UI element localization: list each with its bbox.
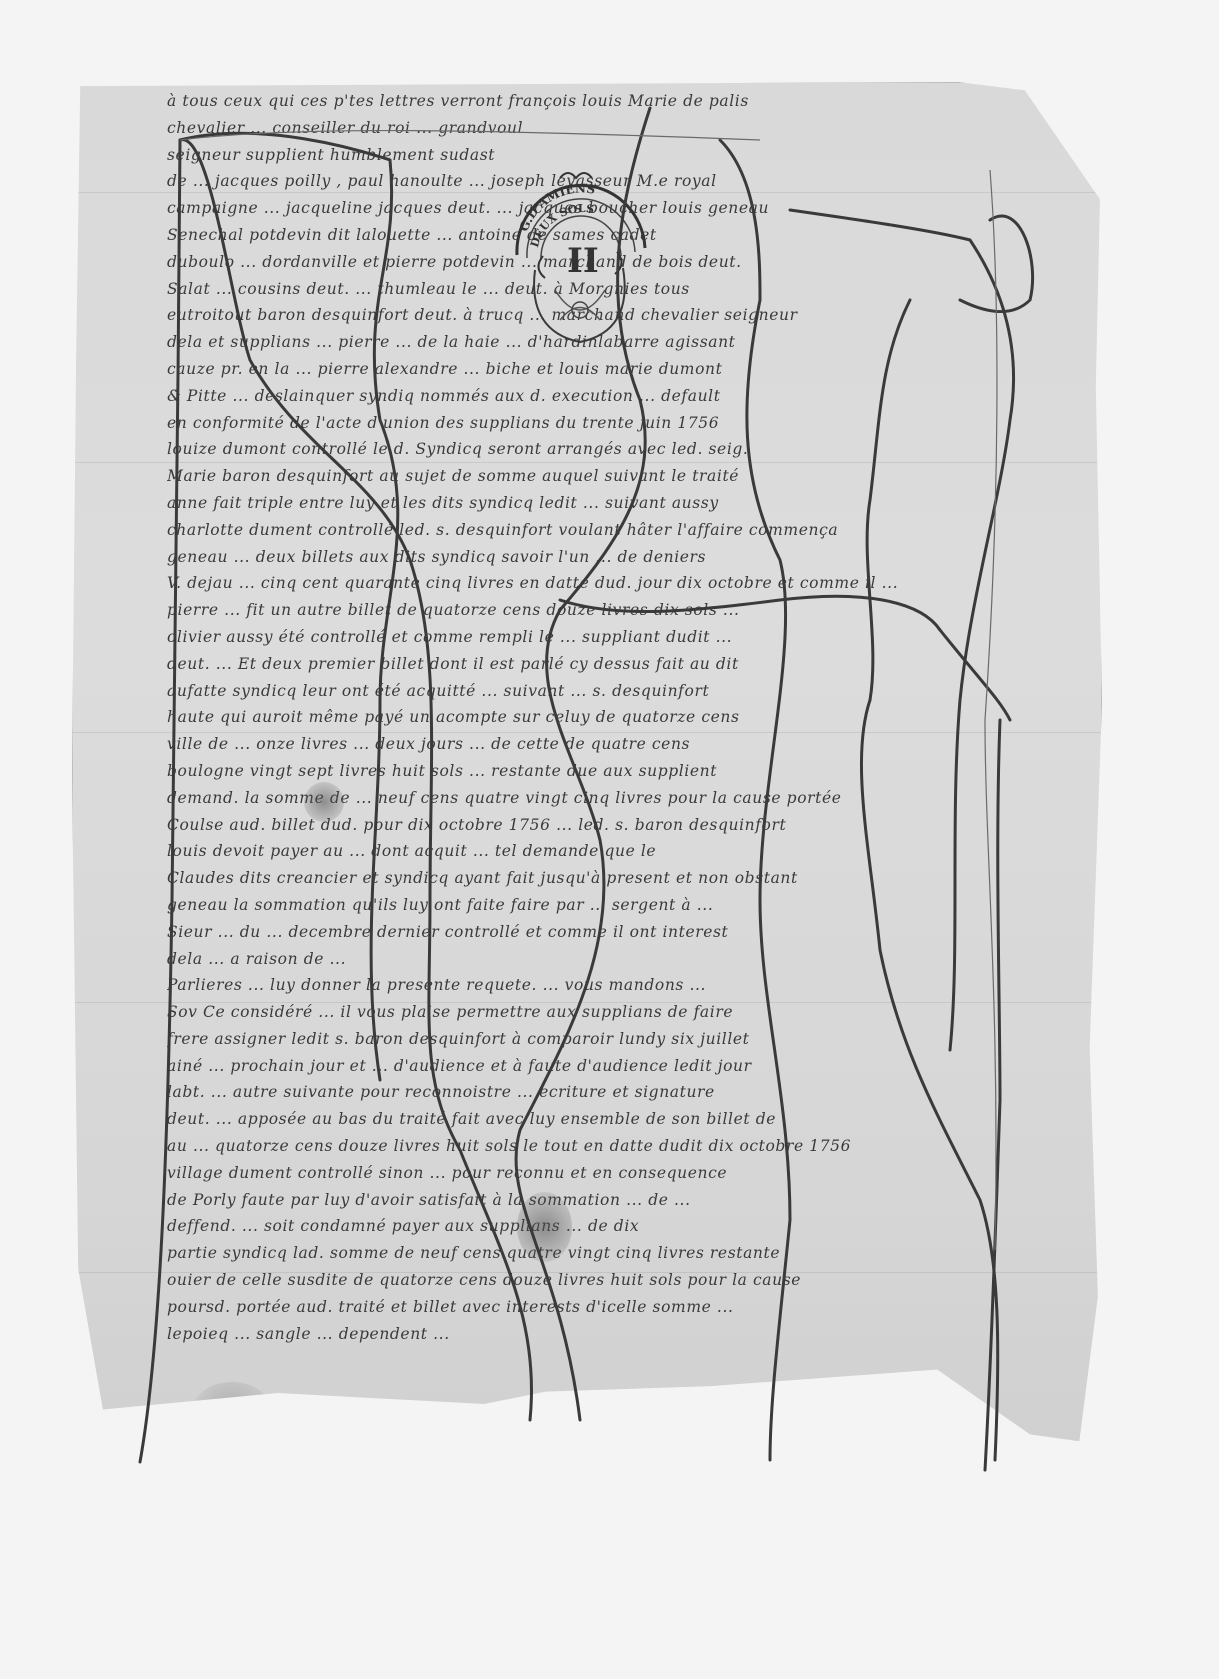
text-line: lepoieq ... sangle ... dependent ... (167, 1325, 1082, 1352)
text-line: & Pitte ... deslainquer syndiq nommés au… (167, 387, 1082, 414)
text-line: Parlieres ... luy donner la presente req… (167, 976, 1082, 1003)
text-line: en conformité de l'acte d'union des supp… (167, 414, 1082, 441)
text-line: Marie baron desquinfort au sujet de somm… (167, 467, 1082, 494)
text-line: pierre ... fit un autre billet de quator… (167, 601, 1082, 628)
text-line: deut. ... Et deux premier billet dont il… (167, 655, 1082, 682)
ink-stain (192, 1382, 272, 1442)
text-line: Claudes dits creancier et syndicq ayant … (167, 869, 1082, 896)
text-line: au ... quatorze cens douze livres huit s… (167, 1137, 1082, 1164)
text-line: anne fait triple entre luy et les dits s… (167, 494, 1082, 521)
text-line: olivier aussy été controllé et comme rem… (167, 628, 1082, 655)
margin-name (82, 146, 197, 173)
text-line: deffend. ... soit condamné payer aux sup… (167, 1217, 1082, 1244)
svg-text:II: II (567, 241, 599, 281)
text-line: Sov Ce considéré ... il vous plaise perm… (167, 1003, 1082, 1030)
text-line: ainé ... prochain jour et ... d'audience… (167, 1057, 1082, 1084)
text-line: geneau la sommation qu'ils luy ont faite… (167, 896, 1082, 923)
text-line: ville de ... onze livres ... deux jours … (167, 735, 1082, 762)
stamp-seal-icon: G.D'AMIENS DEUX SOLS II (505, 160, 655, 350)
text-line: louis devoit payer au ... dont acquit ..… (167, 842, 1082, 869)
text-line: à tous ceux qui ces p'tes lettres verron… (167, 92, 1082, 119)
margin-name (82, 253, 197, 280)
text-line: dela ... a raison de ... (167, 950, 1082, 977)
text-line: village dument controllé sinon ... pour … (167, 1164, 1082, 1191)
text-line: louize dumont controllé le d. Syndicq se… (167, 440, 1082, 467)
text-line: charlotte dument controllé led. s. desqu… (167, 521, 1082, 548)
text-line: frere assigner ledit s. baron desquinfor… (167, 1030, 1082, 1057)
margin-name (82, 92, 197, 119)
text-line: cauze pr. en la ... pierre alexandre ...… (167, 360, 1082, 387)
margin-name (82, 226, 197, 253)
text-line: labt. ... autre suivante pour reconnoist… (167, 1083, 1082, 1110)
margin-name (82, 172, 197, 199)
text-line: haute qui auroit même payé un acompte su… (167, 708, 1082, 735)
text-line: aufatte syndicq leur ont été acquitté ..… (167, 682, 1082, 709)
text-line: Coulse aud. billet dud. pour dix octobre… (167, 816, 1082, 843)
margin-name (82, 199, 197, 226)
text-line: boulogne vingt sept livres huit sols ...… (167, 762, 1082, 789)
tax-stamp: G.D'AMIENS DEUX SOLS II (505, 160, 655, 350)
ink-stain (304, 782, 344, 822)
text-line: de Porly faute par luy d'avoir satisfait… (167, 1191, 1082, 1218)
text-line: poursd. portée aud. traité et billet ave… (167, 1298, 1082, 1325)
ink-stain (517, 1192, 572, 1262)
text-line: Sieur ... du ... decembre dernier contro… (167, 923, 1082, 950)
margin-name (82, 119, 197, 146)
margin-names (82, 92, 197, 280)
text-line: V. dejau ... cinq cent quarante cinq liv… (167, 574, 1082, 601)
text-line: chevalier ... conseiller du roi ... gran… (167, 119, 1082, 146)
text-line: deut. ... apposée au bas du traité fait … (167, 1110, 1082, 1137)
text-line: geneau ... deux billets aux dits syndicq… (167, 548, 1082, 575)
text-line: partie syndicq lad. somme de neuf cens q… (167, 1244, 1082, 1271)
text-line: ouier de celle susdite de quatorze cens … (167, 1271, 1082, 1298)
